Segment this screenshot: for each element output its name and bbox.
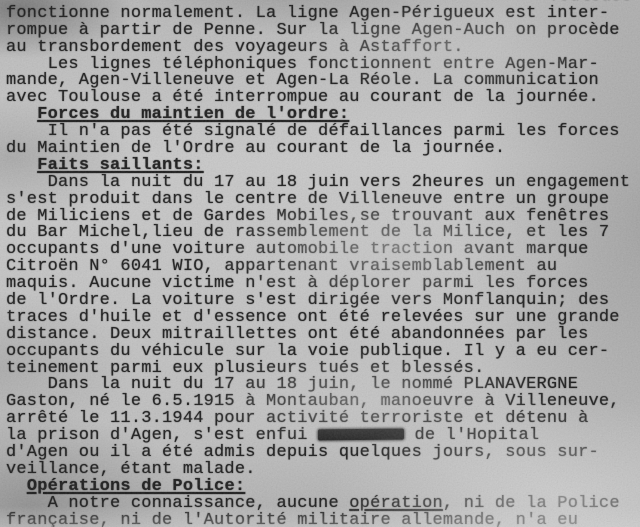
typewritten-text-block: Toulousefonctionne normalement. La ligne…: [6, 0, 638, 527]
redacted-word: [318, 429, 404, 441]
text-line: française, ni de l'Autorité militaire al…: [6, 513, 638, 527]
scanned-document-page: Toulousefonctionne normalement. La ligne…: [0, 0, 640, 527]
text-segment: opération: [349, 494, 443, 513]
text-segment: , ni de la Police: [443, 494, 620, 513]
text-segment: A notre connaissance, aucune: [6, 494, 349, 513]
